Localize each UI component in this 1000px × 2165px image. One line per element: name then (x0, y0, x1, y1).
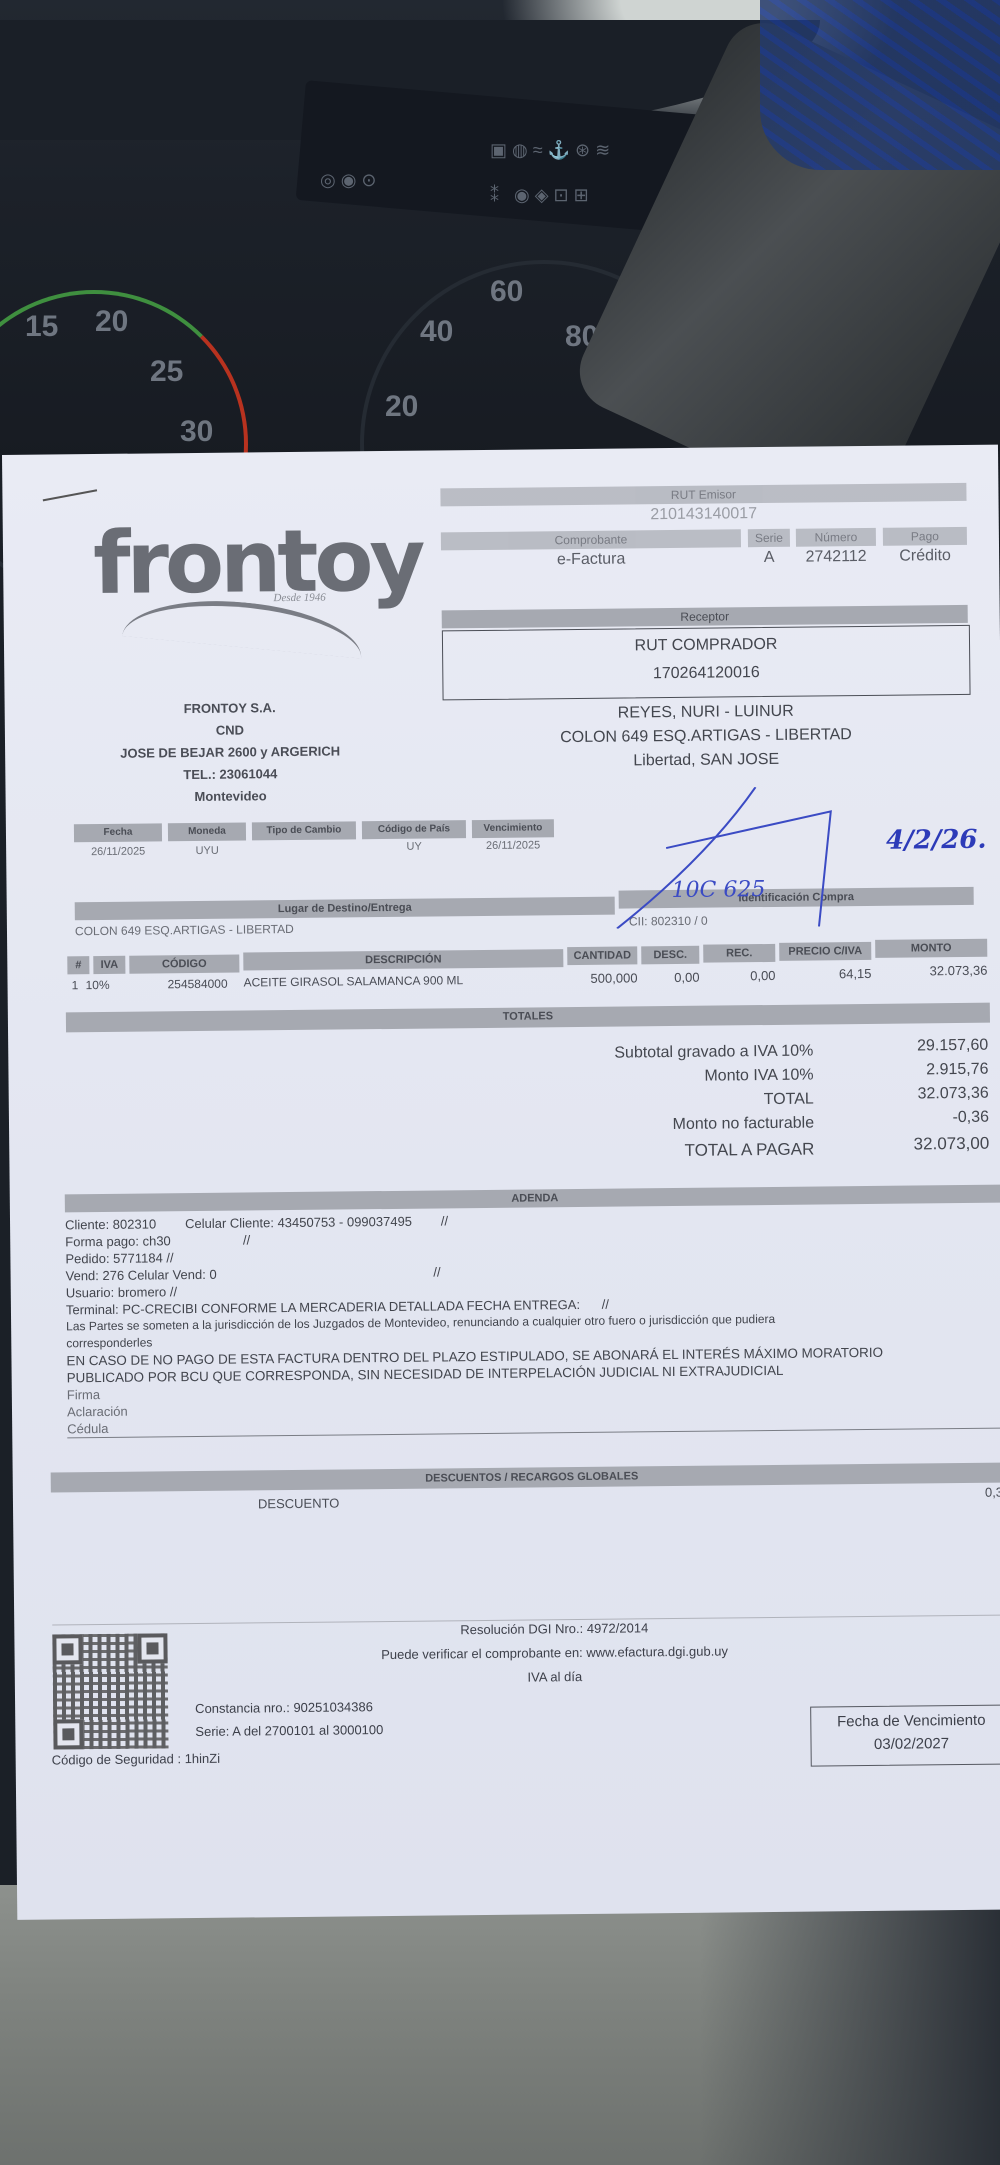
codigo-pais-value: UY (362, 840, 466, 853)
adenda-separator: // (243, 1232, 250, 1247)
adenda-usuario: Usuario: bromero // (66, 1284, 177, 1300)
gauge-number: 20 (95, 305, 128, 339)
col-header-codigo: CÓDIGO (129, 955, 239, 974)
cell-iva: 10% (85, 978, 109, 992)
fecha-vencimiento-box: Fecha de Vencimiento 03/02/2027 (810, 1704, 1000, 1766)
vencimiento-header: Vencimiento (472, 819, 554, 838)
steering-wheel-cover (760, 0, 1000, 170)
handwritten-date: 4/2/26. (886, 825, 987, 856)
receptor-address: COLON 649 ESQ.ARTIGAS - LIBERTAD (443, 725, 969, 749)
pago-header: Pago (883, 527, 967, 546)
gauge-number: 15 (25, 310, 58, 344)
fecha-vencimiento-label: Fecha de Vencimiento (811, 1712, 1000, 1731)
issuer-name: FRONTOY S.A. (85, 696, 375, 721)
rut-emisor-value: 210143140017 (441, 503, 967, 527)
pen-mark (43, 489, 97, 501)
total-label: TOTAL (489, 1091, 814, 1112)
handwritten-note: 10C 625 (671, 877, 765, 903)
cell-descripcion: ACEITE GIRASOL SALAMANCA 900 ML (243, 973, 463, 989)
adenda-forma-pago: Forma pago: ch30 (65, 1233, 171, 1249)
adenda-jurisdiccion-cont: corresponderles (66, 1335, 152, 1350)
pago-value: Crédito (883, 547, 967, 566)
moneda-value: UYU (168, 844, 246, 857)
total-value: 32.073,36 (849, 1085, 989, 1104)
col-header-precio: PRECIO C/IVA (779, 942, 871, 961)
cedula-label: Cédula (67, 1421, 108, 1436)
firma-label: Firma (67, 1387, 100, 1402)
totals-header: TOTALES (66, 1003, 990, 1033)
no-facturable-value: -0,36 (849, 1109, 989, 1128)
aclaracion-label: Aclaración (67, 1404, 128, 1420)
qr-code (52, 1633, 168, 1749)
warning-light-icon: ▣ ◍ ≈ ⚓ ⊛ ≋ (490, 140, 610, 161)
fecha-header: Fecha (74, 823, 162, 842)
numero-value: 2742112 (796, 548, 876, 567)
col-header-descripcion: DESCRIPCIÓN (243, 949, 563, 970)
iva-value: 2.915,76 (848, 1061, 988, 1080)
constancia-nro: Constancia nro.: 90251034386 (195, 1699, 373, 1716)
purchase-id-value: CII: 802310 / 0 (629, 914, 708, 929)
vencimiento-value: 26/11/2025 (472, 839, 554, 852)
descuento-label: DESCUENTO (258, 1496, 340, 1512)
invoice-document: frontoy Desde 1946 FRONTOY S.A. CND JOSE… (2, 445, 1000, 1920)
adenda-block: Cliente: 802310 Celular Cliente: 4345075… (65, 1207, 1000, 1439)
brand-tagline: Desde 1946 (273, 592, 325, 605)
receptor-city: Libertad, SAN JOSE (443, 749, 969, 773)
cell-precio: 64,15 (779, 966, 871, 982)
iva-label: Monto IVA 10% (488, 1067, 813, 1088)
gauge-number: 20 (385, 390, 418, 424)
receptor-rut-value: 170264120016 (443, 662, 969, 686)
col-header-rec: REC. (703, 944, 775, 963)
adenda-separator: // (441, 1213, 448, 1228)
col-header-index: # (67, 956, 89, 974)
numero-header: Número (796, 528, 876, 547)
gauge-number: 60 (490, 275, 523, 309)
serie-rango: Serie: A del 2700101 al 3000100 (195, 1722, 383, 1739)
fecha-vencimiento-value: 03/02/2027 (811, 1734, 1000, 1753)
gauge-number: 40 (420, 315, 453, 349)
cell-rec: 0,00 (703, 968, 775, 984)
gauge-number: 25 (150, 355, 183, 389)
subtotal-label: Subtotal gravado a IVA 10% (488, 1043, 813, 1064)
fecha-value: 26/11/2025 (74, 845, 162, 858)
col-header-monto: MONTO (875, 939, 987, 958)
receptor-rut-box: RUT COMPRADOR 170264120016 (442, 625, 971, 701)
col-header-iva: IVA (93, 956, 125, 974)
receptor-name: REYES, NURI - LUINUR (443, 701, 969, 725)
issuer-phone: TEL.: 23061044 (85, 762, 375, 787)
serie-value: A (748, 549, 790, 567)
dashboard-background: ◎ ◉ ⊙ ▣ ◍ ≈ ⚓ ⊛ ≋ ⁑ ◉ ◈ ⊡ ⊞ 15 20 25 30 … (0, 0, 1000, 470)
serie-header: Serie (748, 529, 790, 547)
cell-codigo: 254584000 (167, 977, 227, 992)
codigo-seguridad: Código de Seguridad : 1hinZi (52, 1751, 221, 1768)
verificar-comprobante: Puede verificar el comprobante en: www.e… (315, 1643, 795, 1663)
iva-al-dia: IVA al día (315, 1667, 795, 1687)
adenda-separator: // (433, 1264, 440, 1279)
issuer-line2: CND (85, 718, 375, 743)
adenda-pedido: Pedido: 5771184 // (65, 1250, 173, 1266)
adenda-vendedor: Vend: 276 Celular Vend: 0 (66, 1267, 217, 1284)
delivery-header: Lugar de Destino/Entrega (75, 897, 615, 921)
tipo-cambio-header: Tipo de Cambio (252, 821, 356, 840)
cell-index: 1 (71, 978, 78, 992)
warning-light-icon: ⁑ ◉ ◈ ⊡ ⊞ (490, 185, 589, 206)
gauge-number: 30 (180, 415, 213, 449)
tipo-cambio-value (252, 843, 356, 844)
adenda-celular-cliente: Celular Cliente: 43450753 - 099037495 (185, 1214, 412, 1231)
issuer-city: Montevideo (85, 784, 375, 809)
subtotal-value: 29.157,60 (848, 1037, 988, 1056)
comprobante-header: Comprobante (441, 529, 741, 550)
descuento-value: 0,36 (985, 1484, 1000, 1499)
warning-light-icon: ◎ ◉ ⊙ (320, 170, 377, 191)
col-header-desc: DESC. (641, 946, 699, 965)
lap-background (0, 1885, 1000, 2165)
comprobante-type: e-Factura (441, 549, 741, 570)
codigo-pais-header: Código de País (362, 820, 466, 839)
moneda-header: Moneda (168, 822, 246, 841)
adenda-cliente: Cliente: 802310 (65, 1216, 156, 1232)
grand-total-value: 32.073,00 (849, 1134, 989, 1155)
grand-total-label: TOTAL A PAGAR (489, 1140, 814, 1163)
adenda-separator: // (602, 1297, 609, 1312)
cell-desc: 0,00 (641, 970, 699, 986)
brand-logo: frontoy (93, 511, 422, 614)
global-adjustments-header: DESCUENTOS / RECARGOS GLOBALES (51, 1462, 1000, 1492)
issuer-block: FRONTOY S.A. CND JOSE DE BEJAR 2600 y AR… (85, 696, 376, 809)
cell-cantidad: 500,000 (567, 970, 637, 986)
col-header-cantidad: CANTIDAD (567, 946, 637, 965)
cell-monto: 32.073,36 (875, 963, 987, 979)
delivery-value: COLON 649 ESQ.ARTIGAS - LIBERTAD (75, 922, 294, 938)
no-facturable-label: Monto no facturable (489, 1115, 814, 1136)
issuer-address: JOSE DE BEJAR 2600 y ARGERICH (85, 740, 375, 765)
receptor-rut-label: RUT COMPRADOR (443, 634, 969, 658)
